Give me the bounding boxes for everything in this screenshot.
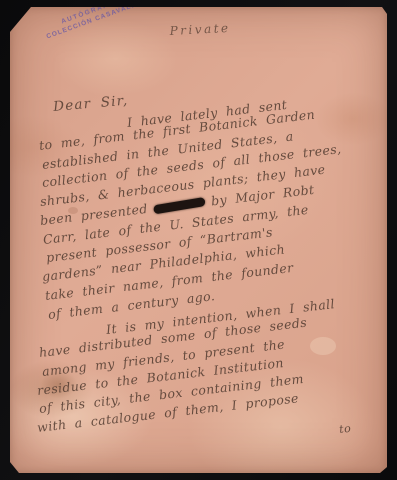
photo-frame: AUTÓGRAFOS COLECCIÓN CASAVALLE Private D… bbox=[0, 0, 397, 480]
collection-stamp: AUTÓGRAFOS COLECCIÓN CASAVALLE bbox=[38, 0, 147, 42]
ink-blot bbox=[153, 197, 206, 214]
private-annotation: Private bbox=[169, 21, 231, 38]
catchword: to bbox=[339, 422, 352, 436]
salutation: Dear Sir, bbox=[53, 93, 129, 115]
paper-stain bbox=[310, 337, 336, 355]
letter-paper: AUTÓGRAFOS COLECCIÓN CASAVALLE Private D… bbox=[10, 7, 387, 473]
paper-stain bbox=[68, 207, 78, 214]
